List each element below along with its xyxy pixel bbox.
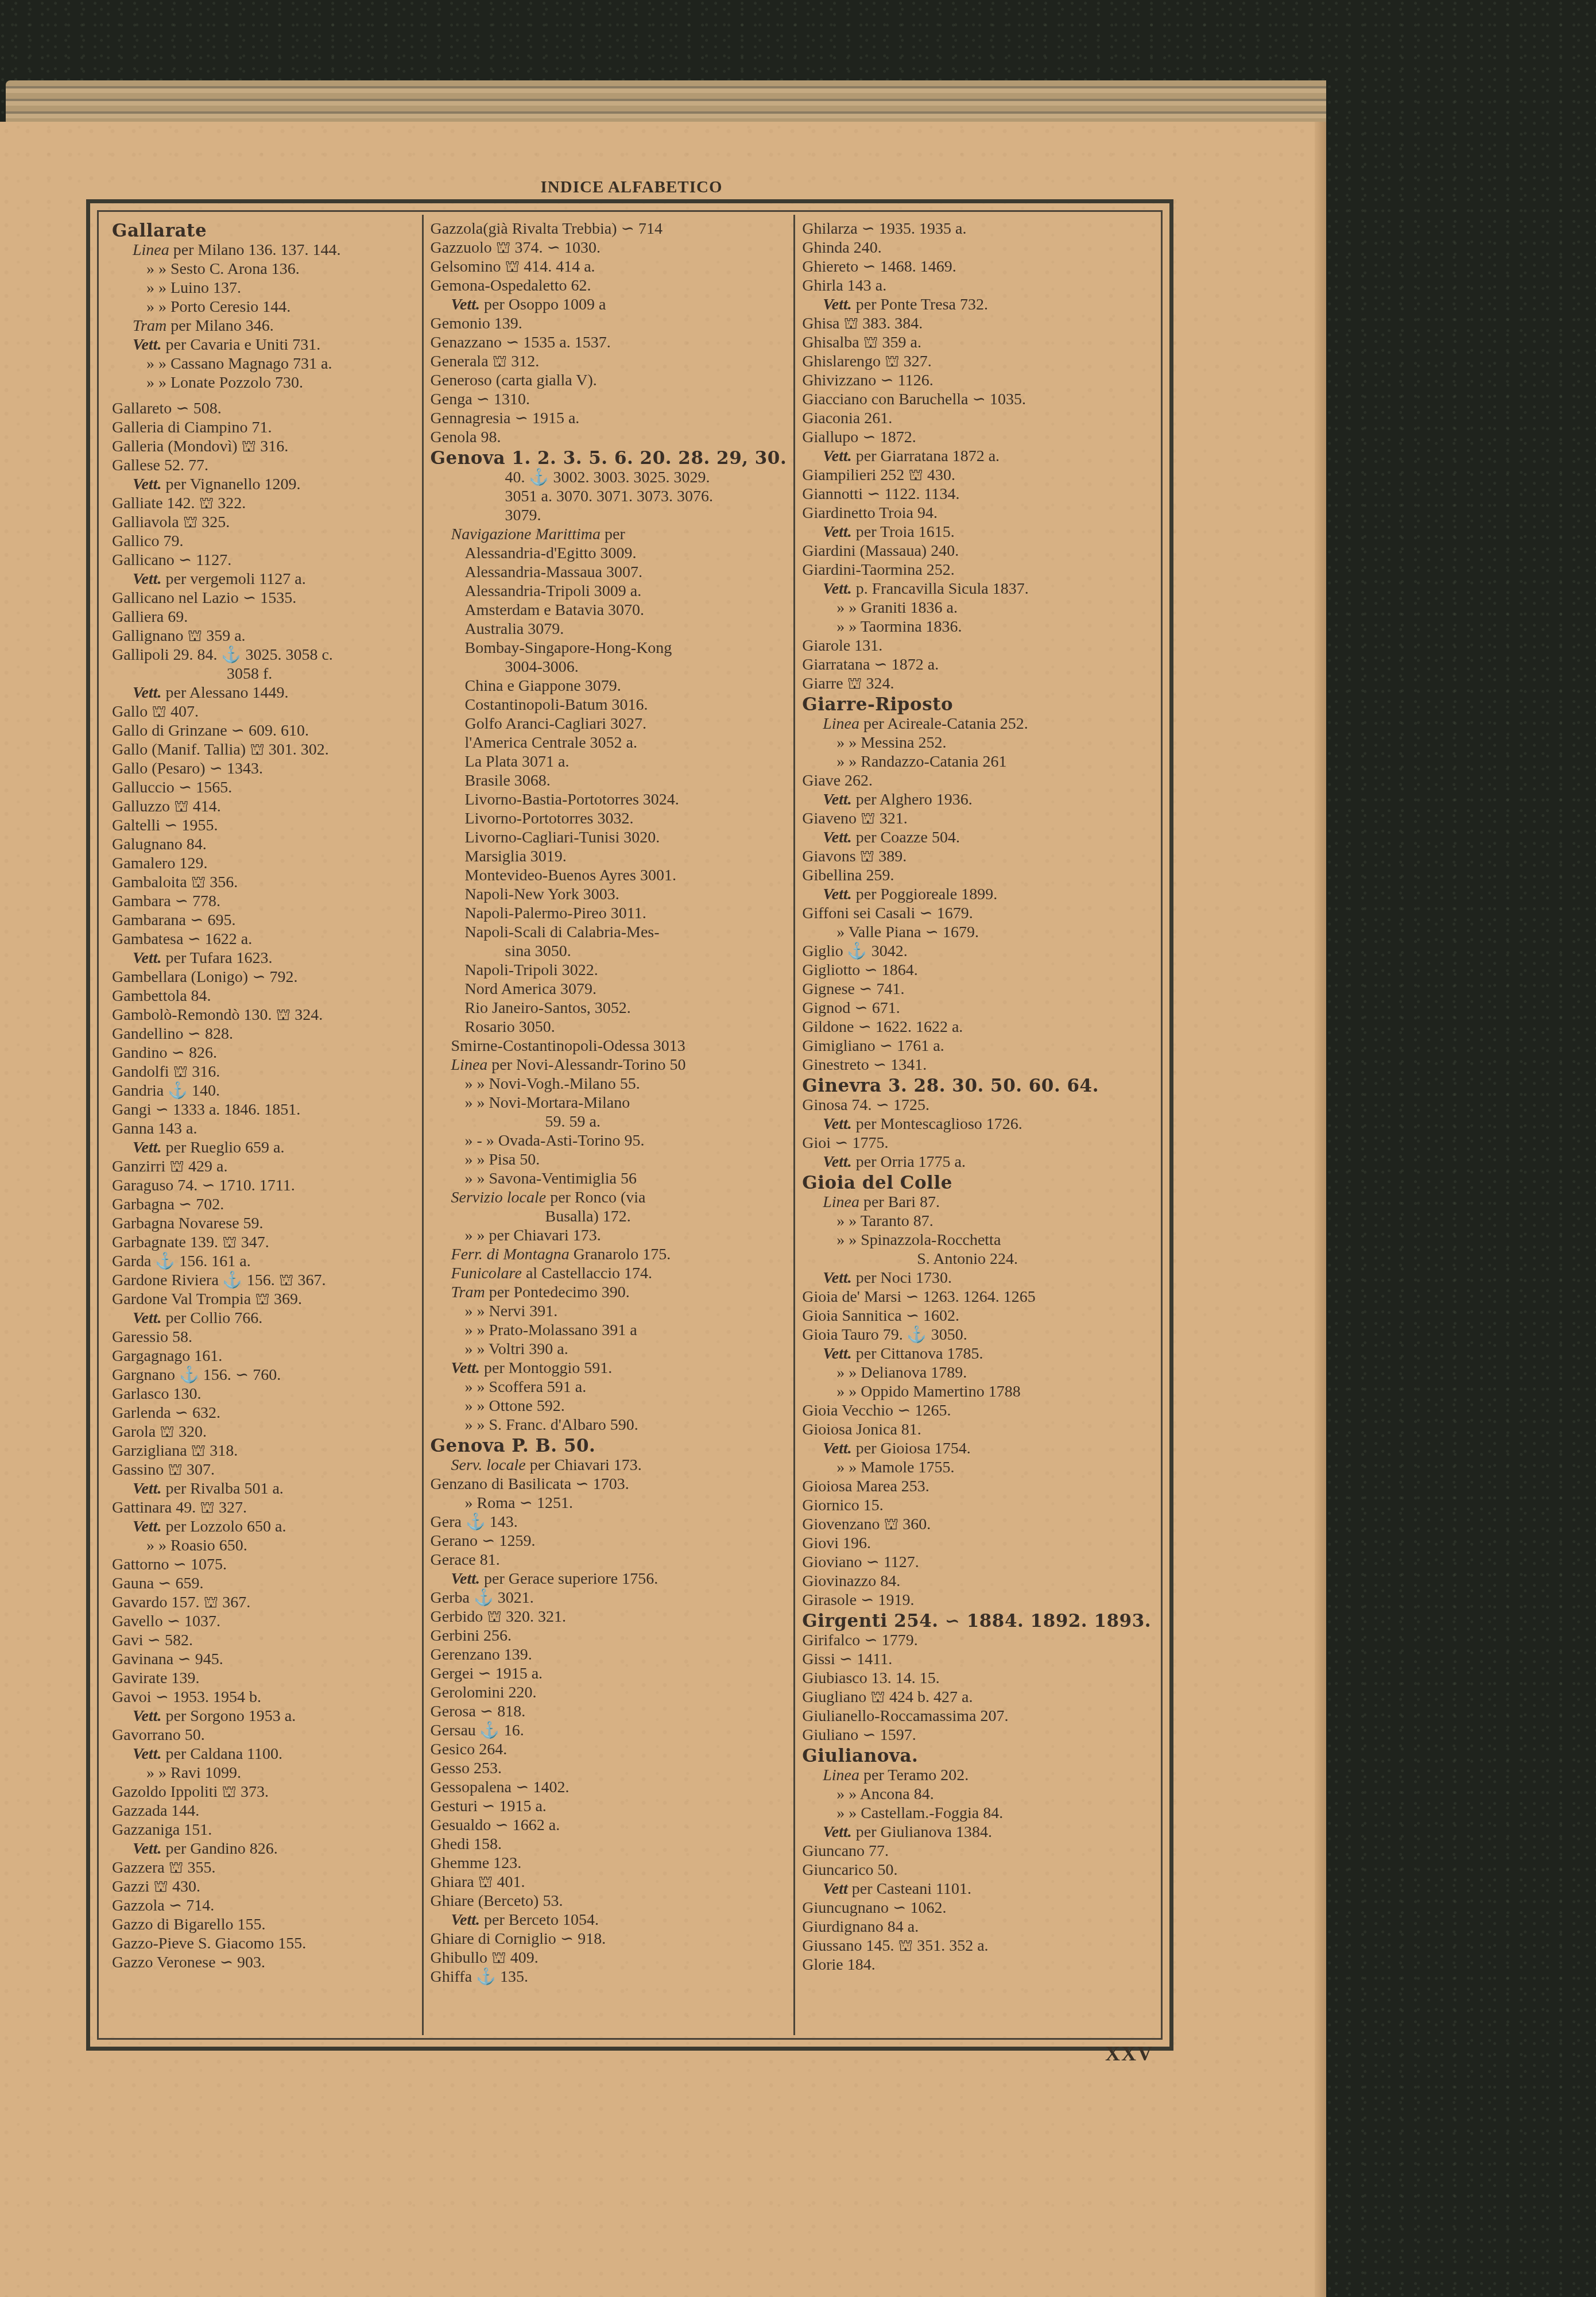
station-icon: ⛫ <box>200 1499 215 1517</box>
diligence-icon: ∽ <box>945 1611 960 1631</box>
diligence-icon: ∽ <box>147 1631 160 1649</box>
index-entry: Gargagnago 161. <box>112 1347 415 1366</box>
index-entry: » Valle Piana ∽ 1679. <box>802 923 1151 942</box>
index-entry: Vett. per Giulianova 1384. <box>802 1823 1151 1842</box>
index-column-1: GallarateLinea per Milano 136. 137. 144.… <box>102 215 422 2035</box>
index-entry: Busalla) 172. <box>431 1207 787 1226</box>
index-entry: » » Cassano Magnago 731 a. <box>112 354 415 373</box>
index-entry: Glorie 184. <box>802 1955 1151 1974</box>
index-entry: » » Novi-Vogh.-Milano 55. <box>431 1074 787 1093</box>
diligence-icon: ∽ <box>925 923 938 941</box>
index-entry: Gassino ⛫ 307. <box>112 1460 415 1479</box>
index-entry: Garessio 58. <box>112 1328 415 1347</box>
index-entry: Ghisalba ⛫ 359 a. <box>802 333 1151 352</box>
index-entry: Galleria (Mondovì) ⛫ 316. <box>112 437 415 456</box>
station-icon: ⛫ <box>870 1688 885 1706</box>
index-entry: Vett. per Rivalba 501 a. <box>112 1479 415 1498</box>
steamer-icon: ⚓ <box>466 1513 486 1531</box>
index-entry: » » Taormina 1836. <box>802 617 1151 636</box>
diligence-icon: ∽ <box>874 656 887 674</box>
index-entry: Gerba ⚓ 3021. <box>431 1588 787 1607</box>
index-entry: Galliavola ⛫ 325. <box>112 513 415 532</box>
index-column-2: Gazzola(già Rivalta Trebbia) ∽ 714Gazzuo… <box>422 215 794 2035</box>
index-entry: Giampilieri 252 ⛫ 430. <box>802 466 1151 485</box>
index-entry: Gardone Val Trompia ⛫ 369. <box>112 1290 415 1309</box>
diligence-icon: ∽ <box>516 1778 529 1796</box>
station-icon: ⛫ <box>152 703 166 721</box>
index-entry: Gallo ⛫ 407. <box>112 702 415 721</box>
index-entry: Ghislarengo ⛫ 327. <box>802 352 1151 371</box>
index-entry: Gallo (Pesaro) ∽ 1343. <box>112 759 415 778</box>
diligence-icon: ∽ <box>210 760 223 778</box>
index-entry: » » Ancona 84. <box>802 1785 1151 1804</box>
service-type-label: Vett. <box>823 829 852 846</box>
index-entry: Nord America 3079. <box>431 980 787 999</box>
station-icon: ⛫ <box>250 741 265 759</box>
index-entry: Vett. per Caldana 1100. <box>112 1745 415 1764</box>
index-entry: Gavardo 157. ⛫ 367. <box>112 1593 415 1612</box>
index-heading: Giarre-Riposto <box>802 695 1151 714</box>
diligence-icon: ∽ <box>862 220 875 238</box>
service-type-label: Vett. <box>133 1480 162 1498</box>
index-entry: Gallicano ∽ 1127. <box>112 551 415 570</box>
diligence-icon: ∽ <box>175 892 188 910</box>
diligence-icon: ∽ <box>835 1134 848 1152</box>
diligence-icon: ∽ <box>858 1018 871 1036</box>
index-entry: Gazzola ∽ 714. <box>112 1896 415 1915</box>
index-entry: » - » Ovada-Asti-Torino 95. <box>431 1131 787 1150</box>
diligence-icon: ∽ <box>897 1402 911 1420</box>
diligence-icon: ∽ <box>866 1553 879 1571</box>
diligence-icon: ∽ <box>519 1494 532 1512</box>
index-entry: Gallico 79. <box>112 532 415 551</box>
index-entry: Vett. per vergemoli 1127 a. <box>112 570 415 589</box>
index-entry: Navigazione Marittima per <box>431 525 787 544</box>
index-entry: Garaguso 74. ∽ 1710. 1711. <box>112 1176 415 1195</box>
station-icon: ⛫ <box>885 353 900 370</box>
station-icon: ⛫ <box>847 675 862 693</box>
index-entry: Giussano 145. ⛫ 351. 352 a. <box>802 1936 1151 1955</box>
index-entry: Gavi ∽ 582. <box>112 1631 415 1650</box>
diligence-icon: ∽ <box>862 428 876 446</box>
index-entry: Linea per Novi-Alessandr-Torino 50 <box>431 1055 787 1074</box>
index-entry: Girasole ∽ 1919. <box>802 1591 1151 1610</box>
index-entry: Galugnano 84. <box>112 835 415 854</box>
index-entry: Gavinana ∽ 945. <box>112 1650 415 1669</box>
index-entry: Ghivizzano ∽ 1126. <box>802 371 1151 390</box>
station-icon: ⛫ <box>844 315 859 332</box>
index-entry: Vett. per Rueglio 659 a. <box>112 1138 415 1157</box>
index-entry: Gandellino ∽ 828. <box>112 1024 415 1043</box>
diligence-icon: ∽ <box>859 980 872 998</box>
index-entry: Galtelli ∽ 1955. <box>112 816 415 835</box>
diligence-icon: ∽ <box>252 968 265 986</box>
index-entry: Ghiereto ∽ 1468. 1469. <box>802 257 1151 276</box>
steamer-icon: ⚓ <box>179 1366 199 1384</box>
index-entry: Vett. per Vignanello 1209. <box>112 475 415 494</box>
index-entry: Gambellara (Lonigo) ∽ 792. <box>112 968 415 987</box>
service-type-label: Vett. <box>133 1309 162 1327</box>
index-entry: Australia 3079. <box>431 620 787 639</box>
index-entry: l'America Centrale 3052 a. <box>431 733 787 752</box>
index-entry: » » Lonate Pozzolo 730. <box>112 373 415 392</box>
index-entry: Vett. per Troia 1615. <box>802 523 1151 542</box>
diligence-icon: ∽ <box>155 1101 168 1119</box>
index-entry: » » Nervi 391. <box>431 1302 787 1321</box>
index-entry: Gignod ∽ 671. <box>802 999 1151 1018</box>
running-head: INDICE ALFABETICO <box>86 178 1177 197</box>
index-entry: Gamalero 129. <box>112 854 415 873</box>
index-entry: Giovi 196. <box>802 1534 1151 1553</box>
service-type-label: Ferr. di Montagna <box>451 1246 570 1263</box>
service-type-label: Vett. <box>133 1707 162 1725</box>
diligence-icon: ∽ <box>560 1930 574 1948</box>
service-type-label: Vett. <box>451 1911 481 1929</box>
index-entry: Napoli-New York 3003. <box>431 885 787 904</box>
index-entry: » » Savona-Ventimiglia 56 <box>431 1169 787 1188</box>
index-entry: Gazzi ⛫ 430. <box>112 1877 415 1896</box>
index-heading: Gioia del Colle <box>802 1174 1151 1193</box>
diligence-icon: ∽ <box>867 485 880 503</box>
service-type-label: Vett. <box>451 296 481 314</box>
index-entry: Gambettola 84. <box>112 987 415 1006</box>
station-icon: ⛫ <box>173 1063 188 1081</box>
service-type-label: Vett. <box>133 475 162 493</box>
station-icon: ⛫ <box>863 334 878 351</box>
station-icon: ⛫ <box>496 239 511 257</box>
index-entry: Gazoldo Ippoliti ⛫ 373. <box>112 1782 415 1801</box>
index-entry: Amsterdam e Batavia 3070. <box>431 601 787 620</box>
index-entry: Gemonio 139. <box>431 314 787 333</box>
diligence-icon: ∽ <box>231 722 245 740</box>
index-entry: Garbagnate 139. ⛫ 347. <box>112 1233 415 1252</box>
service-type-label: Vett. <box>823 1345 852 1363</box>
index-entry: Giarole 131. <box>802 636 1151 655</box>
index-entry: Gambaloita ⛫ 356. <box>112 873 415 892</box>
index-entry: Gallo (Manif. Tallia) ⛫ 301. 302. <box>112 740 415 759</box>
index-entry: Gildone ∽ 1622. 1622 a. <box>802 1018 1151 1037</box>
index-entry: Generoso (carta gialla V). <box>431 371 787 390</box>
station-icon: ⛫ <box>487 1608 502 1626</box>
index-entry: Gimigliano ∽ 1761 a. <box>802 1037 1151 1055</box>
index-entry: Gioia Tauro 79. ⚓ 3050. <box>802 1325 1151 1344</box>
page-number: XXV <box>1105 2041 1153 2066</box>
service-type-label: Navigazione Marittima <box>451 525 601 543</box>
index-entry: Gardone Riviera ⚓ 156. ⛫ 367. <box>112 1271 415 1290</box>
index-entry: » » S. Franc. d'Albaro 590. <box>431 1416 787 1434</box>
station-icon: ⛫ <box>174 798 189 815</box>
diligence-icon: ∽ <box>972 390 985 408</box>
service-type-label: Linea <box>823 1766 859 1784</box>
index-entry: Costantinopoli-Batum 3016. <box>431 695 787 714</box>
index-entry: Tram per Pontedecimo 390. <box>431 1283 787 1302</box>
index-entry: » » Ravi 1099. <box>112 1764 415 1782</box>
index-entry: Vett. per Orria 1775 a. <box>802 1153 1151 1171</box>
index-entry: Genazzano ∽ 1535 a. 1537. <box>431 333 787 352</box>
diligence-icon: ∽ <box>235 1366 249 1384</box>
index-entry: Gioiosa Marea 253. <box>802 1477 1151 1496</box>
index-entry: Giuncugnano ∽ 1062. <box>802 1898 1151 1917</box>
index-entry: Giardini-Taormina 252. <box>802 560 1151 579</box>
diligence-icon: ∽ <box>158 1575 171 1592</box>
index-entry: Gergei ∽ 1915 a. <box>431 1664 787 1683</box>
index-entry: Gandolfi ⛫ 316. <box>112 1062 415 1081</box>
diligence-icon: ∽ <box>220 1954 233 1971</box>
station-icon: ⛫ <box>279 1271 294 1289</box>
index-entry: Gesualdo ∽ 1662 a. <box>431 1816 787 1835</box>
index-entry: » » Scoffera 591 a. <box>431 1378 787 1397</box>
index-entry: Ginestreto ∽ 1341. <box>802 1055 1151 1074</box>
station-icon: ⛫ <box>860 848 875 865</box>
index-entry: La Plata 3071 a. <box>431 752 787 771</box>
station-icon: ⛫ <box>160 1423 175 1441</box>
index-entry: 3058 f. <box>112 664 415 683</box>
index-entry: Golfo Aranci-Cagliari 3027. <box>431 714 787 733</box>
steamer-icon: ⚓ <box>222 646 242 664</box>
service-type-label: Serv. locale <box>451 1456 526 1474</box>
diligence-icon: ∽ <box>864 961 877 979</box>
index-entry: Giaconia 261. <box>802 409 1151 428</box>
index-entry: China e Giappone 3079. <box>431 676 787 695</box>
index-entry: 40. ⚓ 3002. 3003. 3025. 3029. <box>431 468 787 487</box>
index-entry: Gattinara 49. ⛫ 327. <box>112 1498 415 1517</box>
index-heading: Genova P. B. 50. <box>431 1437 787 1456</box>
index-entry: Funicolare al Castellaccio 174. <box>431 1264 787 1283</box>
station-icon: ⛫ <box>191 873 206 891</box>
index-frame: GallarateLinea per Milano 136. 137. 144.… <box>86 199 1173 2051</box>
index-entry: Vett. per Noci 1730. <box>802 1269 1151 1287</box>
diligence-icon: ∽ <box>179 1196 192 1213</box>
service-type-label: Vett. <box>823 1115 852 1133</box>
index-entry: Alessandria-Tripoli 3009 a. <box>431 582 787 601</box>
diligence-icon: ∽ <box>861 1591 874 1609</box>
service-type-label: Vett. <box>133 1840 162 1858</box>
index-entry: Giave 262. <box>802 771 1151 790</box>
index-entry: Vett. per Giarratana 1872 a. <box>802 447 1151 466</box>
index-entry: Garola ⛫ 320. <box>112 1422 415 1441</box>
index-entry: Genola 98. <box>431 428 787 447</box>
index-entry: 59. 59 a. <box>431 1112 787 1131</box>
index-entry: Vett. per Lozzolo 650 a. <box>112 1517 415 1536</box>
index-entry: Gambara ∽ 778. <box>112 892 415 911</box>
index-entry: » » Taranto 87. <box>802 1212 1151 1231</box>
index-entry: Giannotti ∽ 1122. 1134. <box>802 485 1151 504</box>
index-entry: Galluzzo ⛫ 414. <box>112 797 415 816</box>
diligence-icon: ∽ <box>880 372 893 389</box>
station-icon: ⛫ <box>255 1290 270 1308</box>
station-icon: ⛫ <box>169 1859 184 1877</box>
diligence-icon: ∽ <box>477 390 490 408</box>
index-entry: Ghedi 158. <box>431 1835 787 1854</box>
index-entry: Ghemme 123. <box>431 1854 787 1873</box>
index-entry: Gavello ∽ 1037. <box>112 1612 415 1631</box>
index-entry: Gazzo di Bigarello 155. <box>112 1915 415 1934</box>
diligence-icon: ∽ <box>495 1816 508 1834</box>
index-entry: Vett. per Osoppo 1009 a <box>431 295 787 314</box>
index-entry: Vett. per Alghero 1936. <box>802 790 1151 809</box>
service-type-label: Vett. <box>451 1570 481 1588</box>
service-type-label: Linea <box>451 1056 488 1074</box>
index-entry: Gersau ⚓ 16. <box>431 1721 787 1740</box>
station-icon: ⛫ <box>153 1878 168 1896</box>
index-entry: » » Luino 137. <box>112 279 415 297</box>
index-entry: » » Spinazzola-Rocchetta <box>802 1231 1151 1250</box>
index-entry: Gioiosa Jonica 81. <box>802 1420 1151 1439</box>
page-right-edge <box>1315 122 1326 2297</box>
index-entry: Gazzada 144. <box>112 1801 415 1820</box>
index-entry: Gioia Sannitica ∽ 1602. <box>802 1306 1151 1325</box>
steamer-icon: ⚓ <box>474 1589 494 1607</box>
index-entry: Giglio ⚓ 3042. <box>802 942 1151 961</box>
diligence-icon: ∽ <box>864 1631 877 1649</box>
index-entry: Giurdignano 84 a. <box>802 1917 1151 1936</box>
index-entry: Serv. locale per Chiavari 173. <box>431 1456 787 1475</box>
diligence-icon: ∽ <box>514 409 528 427</box>
index-entry: Girifalco ∽ 1779. <box>802 1631 1151 1650</box>
index-entry: Vett. per Cittanova 1785. <box>802 1344 1151 1363</box>
steamer-icon: ⚓ <box>847 942 867 960</box>
index-entry: 3079. <box>431 506 787 525</box>
index-entry: Galleria di Ciampino 71. <box>112 418 415 437</box>
index-entry: » » Randazzo-Catania 261 <box>802 752 1151 771</box>
station-icon: ⛫ <box>491 1949 506 1967</box>
index-entry: Giugliano ⛫ 424 b. 427 a. <box>802 1688 1151 1707</box>
service-type-label: Linea <box>133 241 169 259</box>
service-type-label: Vett. <box>823 1153 852 1171</box>
service-type-label: Linea <box>823 715 859 733</box>
diligence-icon: ∽ <box>179 551 192 569</box>
index-entry: Rio Janeiro-Santos, 3052. <box>431 999 787 1018</box>
index-entry: Servizio locale per Ronco (via <box>431 1188 787 1207</box>
index-entry: Marsiglia 3019. <box>431 847 787 866</box>
diligence-icon: ∽ <box>478 1665 491 1683</box>
diligence-icon: ∽ <box>167 1612 180 1630</box>
index-entry: » » Novi-Mortara-Milano <box>431 1093 787 1112</box>
steamer-icon: ⚓ <box>480 1722 500 1739</box>
index-entry: Gignese ∽ 741. <box>802 980 1151 999</box>
index-entry: Genga ∽ 1310. <box>431 390 787 409</box>
service-type-label: Funicolare <box>451 1264 522 1282</box>
index-entry: S. Antonio 224. <box>802 1250 1151 1269</box>
index-entry: Alessandria-d'Egitto 3009. <box>431 544 787 563</box>
index-entry: Gerbido ⛫ 320. 321. <box>431 1607 787 1626</box>
service-type-label: Vett. <box>133 1139 162 1157</box>
index-entry: Ghiara ⛫ 401. <box>431 1873 787 1892</box>
index-entry: » » Prato-Molassano 391 a <box>431 1321 787 1340</box>
index-entry: Napoli-Scali di Calabria-Mes- <box>431 923 787 942</box>
index-entry: » » Graniti 1836 a. <box>802 598 1151 617</box>
index-entry: Ghisa ⛫ 383. 384. <box>802 314 1151 333</box>
service-type-label: Vett. <box>823 1823 852 1841</box>
index-entry: Giffoni sei Casali ∽ 1679. <box>802 904 1151 923</box>
index-entry: Gargnano ⚓ 156. ∽ 760. <box>112 1366 415 1385</box>
service-type-label: Vett. <box>133 684 162 702</box>
index-entry: Vett. per Ponte Tresa 732. <box>802 295 1151 314</box>
service-type-label: Vett. <box>451 1359 481 1377</box>
station-icon: ⛫ <box>242 438 257 455</box>
diligence-icon: ∽ <box>575 1475 588 1493</box>
index-entry: Giovinazzo 84. <box>802 1572 1151 1591</box>
index-entry: Linea per Bari 87. <box>802 1193 1151 1212</box>
diligence-icon: ∽ <box>176 400 189 417</box>
station-icon: ⛫ <box>276 1006 290 1024</box>
index-entry: Ghilarza ∽ 1935. 1935 a. <box>802 219 1151 238</box>
service-type-label: Vett. <box>133 1518 162 1536</box>
diligence-icon: ∽ <box>839 1650 853 1668</box>
diligence-icon: ∽ <box>187 930 200 948</box>
station-icon: ⛫ <box>169 1158 184 1175</box>
index-entry: Gattorno ∽ 1075. <box>112 1555 415 1574</box>
steamer-icon: ⚓ <box>529 469 549 486</box>
index-entry: Gigliotto ∽ 1864. <box>802 961 1151 980</box>
index-entry: Gazzo-Pieve S. Giacomo 155. <box>112 1934 415 1953</box>
diligence-icon: ∽ <box>202 1177 215 1194</box>
index-heading: Giulianova. <box>802 1747 1151 1766</box>
index-entry: Giuncarico 50. <box>802 1861 1151 1880</box>
index-entry: Gambolò-Remondò 130. ⛫ 324. <box>112 1006 415 1024</box>
index-entry: Generala ⛫ 312. <box>431 352 787 371</box>
station-icon: ⛫ <box>861 810 876 827</box>
index-entry: Gazzuolo ⛫ 374. ∽ 1030. <box>431 238 787 257</box>
index-entry: Bombay-Singapore-Hong-Kong <box>431 639 787 658</box>
service-type-label: Vett. <box>823 523 852 541</box>
diligence-icon: ∽ <box>169 1897 182 1915</box>
diligence-icon: ∽ <box>187 1025 200 1043</box>
diligence-icon: ∽ <box>171 1044 184 1062</box>
index-entry: Giardinetto Troia 94. <box>802 504 1151 523</box>
index-entry: Ghiffa ⚓ 135. <box>431 1967 787 1986</box>
index-entry: 3004-3006. <box>431 658 787 676</box>
station-icon: ⛫ <box>191 1442 206 1460</box>
index-entry: Gioia de' Marsi ∽ 1263. 1264. 1265 <box>802 1287 1151 1306</box>
diligence-icon: ∽ <box>873 1056 886 1074</box>
diligence-icon: ∽ <box>173 1556 187 1573</box>
index-entry: Napoli-Palermo-Pireo 3011. <box>431 904 787 923</box>
index-entry: Vett. per Gioiosa 1754. <box>802 1439 1151 1458</box>
station-icon: ⛫ <box>168 1461 183 1479</box>
service-type-label: Vett. <box>133 336 162 354</box>
index-entry: Giallupo ∽ 1872. <box>802 428 1151 447</box>
index-entry: Gennagresia ∽ 1915 a. <box>431 409 787 428</box>
index-entry: Gazzaniga 151. <box>112 1820 415 1839</box>
index-entry: Gerbini 256. <box>431 1626 787 1645</box>
service-type-label: Tram <box>133 317 166 335</box>
index-heading: Genova 1. 2. 3. 5. 6. 20. 28. 29, 30. <box>431 449 787 468</box>
diligence-icon: ∽ <box>155 1688 168 1706</box>
index-entry: Giulianello-Roccamassima 207. <box>802 1707 1151 1726</box>
index-entry: » » Porto Ceresio 144. <box>112 297 415 316</box>
index-entry: Gissi ∽ 1411. <box>802 1650 1151 1669</box>
index-entry: Gallo di Grinzane ∽ 609. 610. <box>112 721 415 740</box>
index-entry: Giornico 15. <box>802 1496 1151 1515</box>
index-entry: Vett. per Gandino 826. <box>112 1839 415 1858</box>
index-entry: » » Delianova 1789. <box>802 1363 1151 1382</box>
index-entry: Vett. per Alessano 1449. <box>112 683 415 702</box>
index-entry: Vett. per Poggioreale 1899. <box>802 885 1151 904</box>
index-entry: Gerolomini 220. <box>431 1683 787 1702</box>
index-entry: Vett. per Berceto 1054. <box>431 1911 787 1929</box>
index-entry: Galliera 69. <box>112 608 415 627</box>
index-heading: Gallarate <box>112 222 415 241</box>
service-type-label: Vett <box>823 1880 848 1898</box>
index-entry: Vett. per Tufara 1623. <box>112 949 415 968</box>
index-entry: Ghiare di Corniglio ∽ 918. <box>431 1929 787 1948</box>
index-entry: » » Messina 252. <box>802 733 1151 752</box>
index-entry: » Roma ∽ 1251. <box>431 1494 787 1513</box>
diligence-icon: ∽ <box>482 1532 495 1550</box>
index-entry: Gazzera ⛫ 355. <box>112 1858 415 1877</box>
station-icon: ⛫ <box>187 627 202 645</box>
